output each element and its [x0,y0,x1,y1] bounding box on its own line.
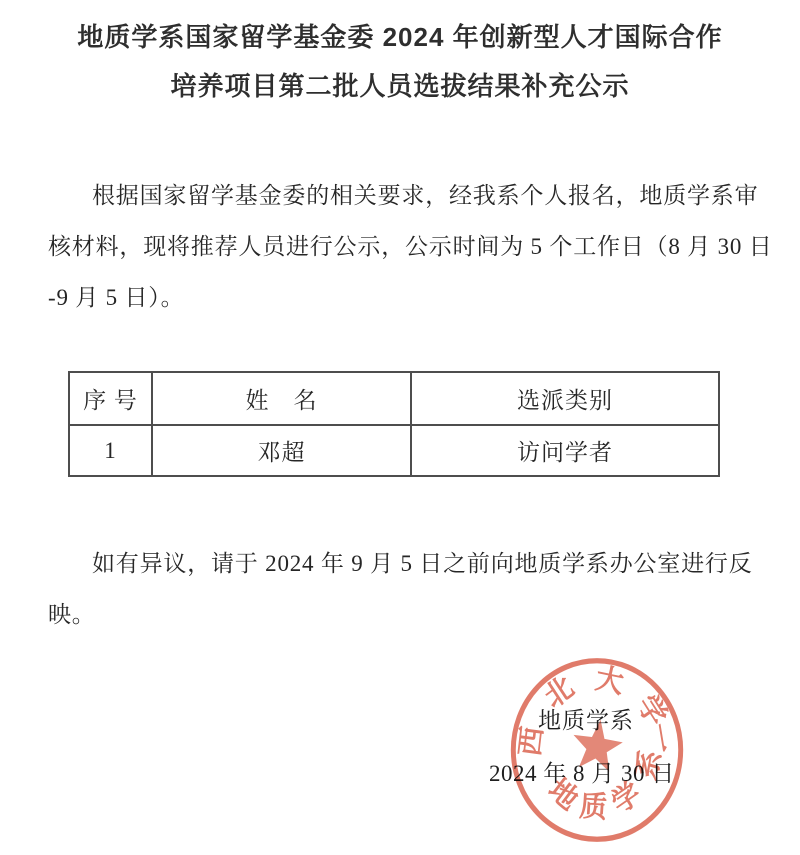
header-cell-index: 序 号 [69,372,152,425]
seal-char: 质 [578,790,608,825]
paragraph-intro: 根据国家留学基金委的相关要求，经我系个人报名，地质学系审 核材料，现将推荐人员进… [48,170,755,323]
seal-char: 学 [631,689,672,732]
seal-ring-circle [513,661,680,840]
table-row: 1 邓超 访问学者 [69,425,719,476]
cell-category: 访问学者 [411,425,719,476]
selection-result-table: 序 号 姓 名 选派类别 1 邓超 访问学者 [68,371,720,477]
seal-char: 大 [593,662,626,700]
header-cell-category: 选派类别 [411,372,719,425]
feedback-line-1: 如有异议，请于 2024 年 9 月 5 日之前向地质学系办公室进行反 [48,538,755,589]
official-seal: 西北大学地质学系一 [507,654,687,846]
document-title: 地质学系国家留学基金委 2024 年创新型人才国际合作 培养项目第二批人员选拔结… [0,13,800,111]
intro-line-3: -9 月 5 日）。 [48,272,755,323]
document-page: 地质学系国家留学基金委 2024 年创新型人才国际合作 培养项目第二批人员选拔结… [0,0,800,855]
cell-index: 1 [69,425,152,476]
intro-line-1: 根据国家留学基金委的相关要求，经我系个人报名，地质学系审 [48,170,755,221]
header-cell-name: 姓 名 [152,372,411,425]
feedback-line-2: 映。 [48,589,755,640]
cell-name: 邓超 [152,425,411,476]
table-header-row: 序 号 姓 名 选派类别 [69,372,719,425]
paragraph-feedback: 如有异议，请于 2024 年 9 月 5 日之前向地质学系办公室进行反 映。 [48,538,755,640]
signature-department: 地质学系 [538,702,634,735]
intro-line-2: 核材料，现将推荐人员进行公示，公示时间为 5 个工作日（8 月 30 日 [48,221,755,272]
title-line-2: 培养项目第二批人员选拔结果补充公示 [0,62,800,111]
title-line-1: 地质学系国家留学基金委 2024 年创新型人才国际合作 [0,13,800,62]
seal-char: 一 [641,721,676,756]
signature-date: 2024 年 8 月 30 日 [489,755,675,788]
